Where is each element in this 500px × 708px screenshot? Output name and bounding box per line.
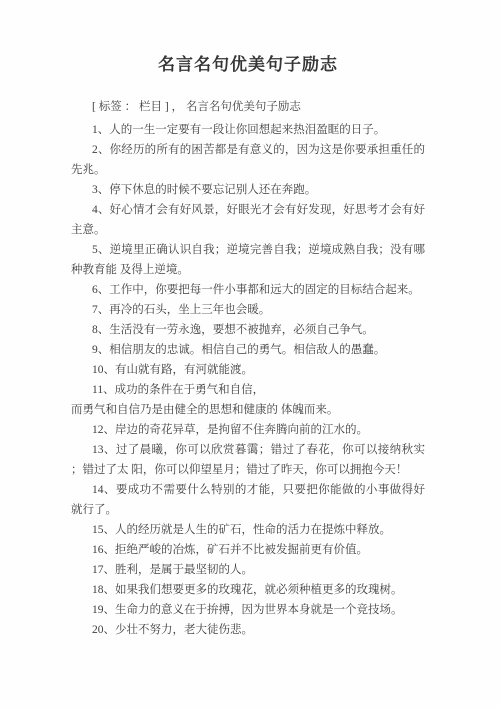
quote-item-10: 10、有山就有路，有河就能渡。 (71, 360, 425, 380)
quote-item-11-line1: 11、成功的条件在于勇气和自信， (71, 380, 425, 400)
quote-item-17: 17、胜利，是属于最坚韧的人。 (71, 560, 425, 580)
quote-item-12: 12、岸边的奇花异草，是拘留不住奔腾向前的江水的。 (71, 420, 425, 440)
quote-item-2: 2、你经历的所有的困苦都是有意义的，因为这是你要承担重任的先兆。 (71, 140, 425, 180)
quote-item-9: 9、相信朋友的忠诚。相信自己的勇气。相信敌人的愚蠢。 (71, 340, 425, 360)
quote-item-15: 15、人的经历就是人生的矿石，性命的活力在提炼中释放。 (71, 520, 425, 540)
quote-item-18: 18、如果我们想要更多的玫瑰花，就必须种植更多的玫瑰树。 (71, 580, 425, 600)
quote-item-11-line2: 而勇气和自信乃是由健全的思想和健康的 体魄而来。 (71, 400, 425, 420)
quote-item-11: 11、成功的条件在于勇气和自信， 而勇气和自信乃是由健全的思想和健康的 体魄而来… (71, 380, 425, 420)
document-title: 名言名句优美句子励志 (71, 52, 425, 78)
tag-line: [ 标签 ： 栏目 ] ， 名言名句优美句子励志 (71, 97, 425, 117)
quote-item-4: 4、好心情才会有好风景，好眼光才会有好发现，好思考才会有好主意。 (71, 200, 425, 240)
document-page: 名言名句优美句子励志 [ 标签 ： 栏目 ] ， 名言名句优美句子励志 1、人的… (0, 0, 500, 708)
quote-item-1: 1、人的一生一定要有一段让你回想起来热泪盈眶的日子。 (71, 120, 425, 140)
quote-item-7: 7、再冷的石头，坐上三年也会暖。 (71, 300, 425, 320)
quote-item-5: 5、逆境里正确认识自我；逆境完善自我；逆境成熟自我；没有哪种教育能 及得上逆境。 (71, 240, 425, 280)
quote-item-20: 20、少壮不努力，老大徒伤悲。 (71, 620, 425, 640)
quote-item-14: 14、要成功不需要什么特别的才能，只要把你能做的小事做得好就行了。 (71, 480, 425, 520)
quote-item-3: 3、停下休息的时候不要忘记别人还在奔跑。 (71, 180, 425, 200)
quote-item-16: 16、拒绝严峻的冶炼，矿石并不比被发掘前更有价值。 (71, 540, 425, 560)
quote-item-13: 13、过了晨曦，你可以欣赏暮霭；错过了春花，你可以接纳秋实；错过了太 阳，你可以… (71, 440, 425, 480)
quote-item-19: 19、生命力的意义在于拚搏，因为世界本身就是一个竞技场。 (71, 600, 425, 620)
quote-item-6: 6、工作中，你要把每一件小事都和远大的固定的目标结合起来。 (71, 280, 425, 300)
quote-item-8: 8、生活没有一劳永逸，要想不被抛弃，必须自己争气。 (71, 320, 425, 340)
